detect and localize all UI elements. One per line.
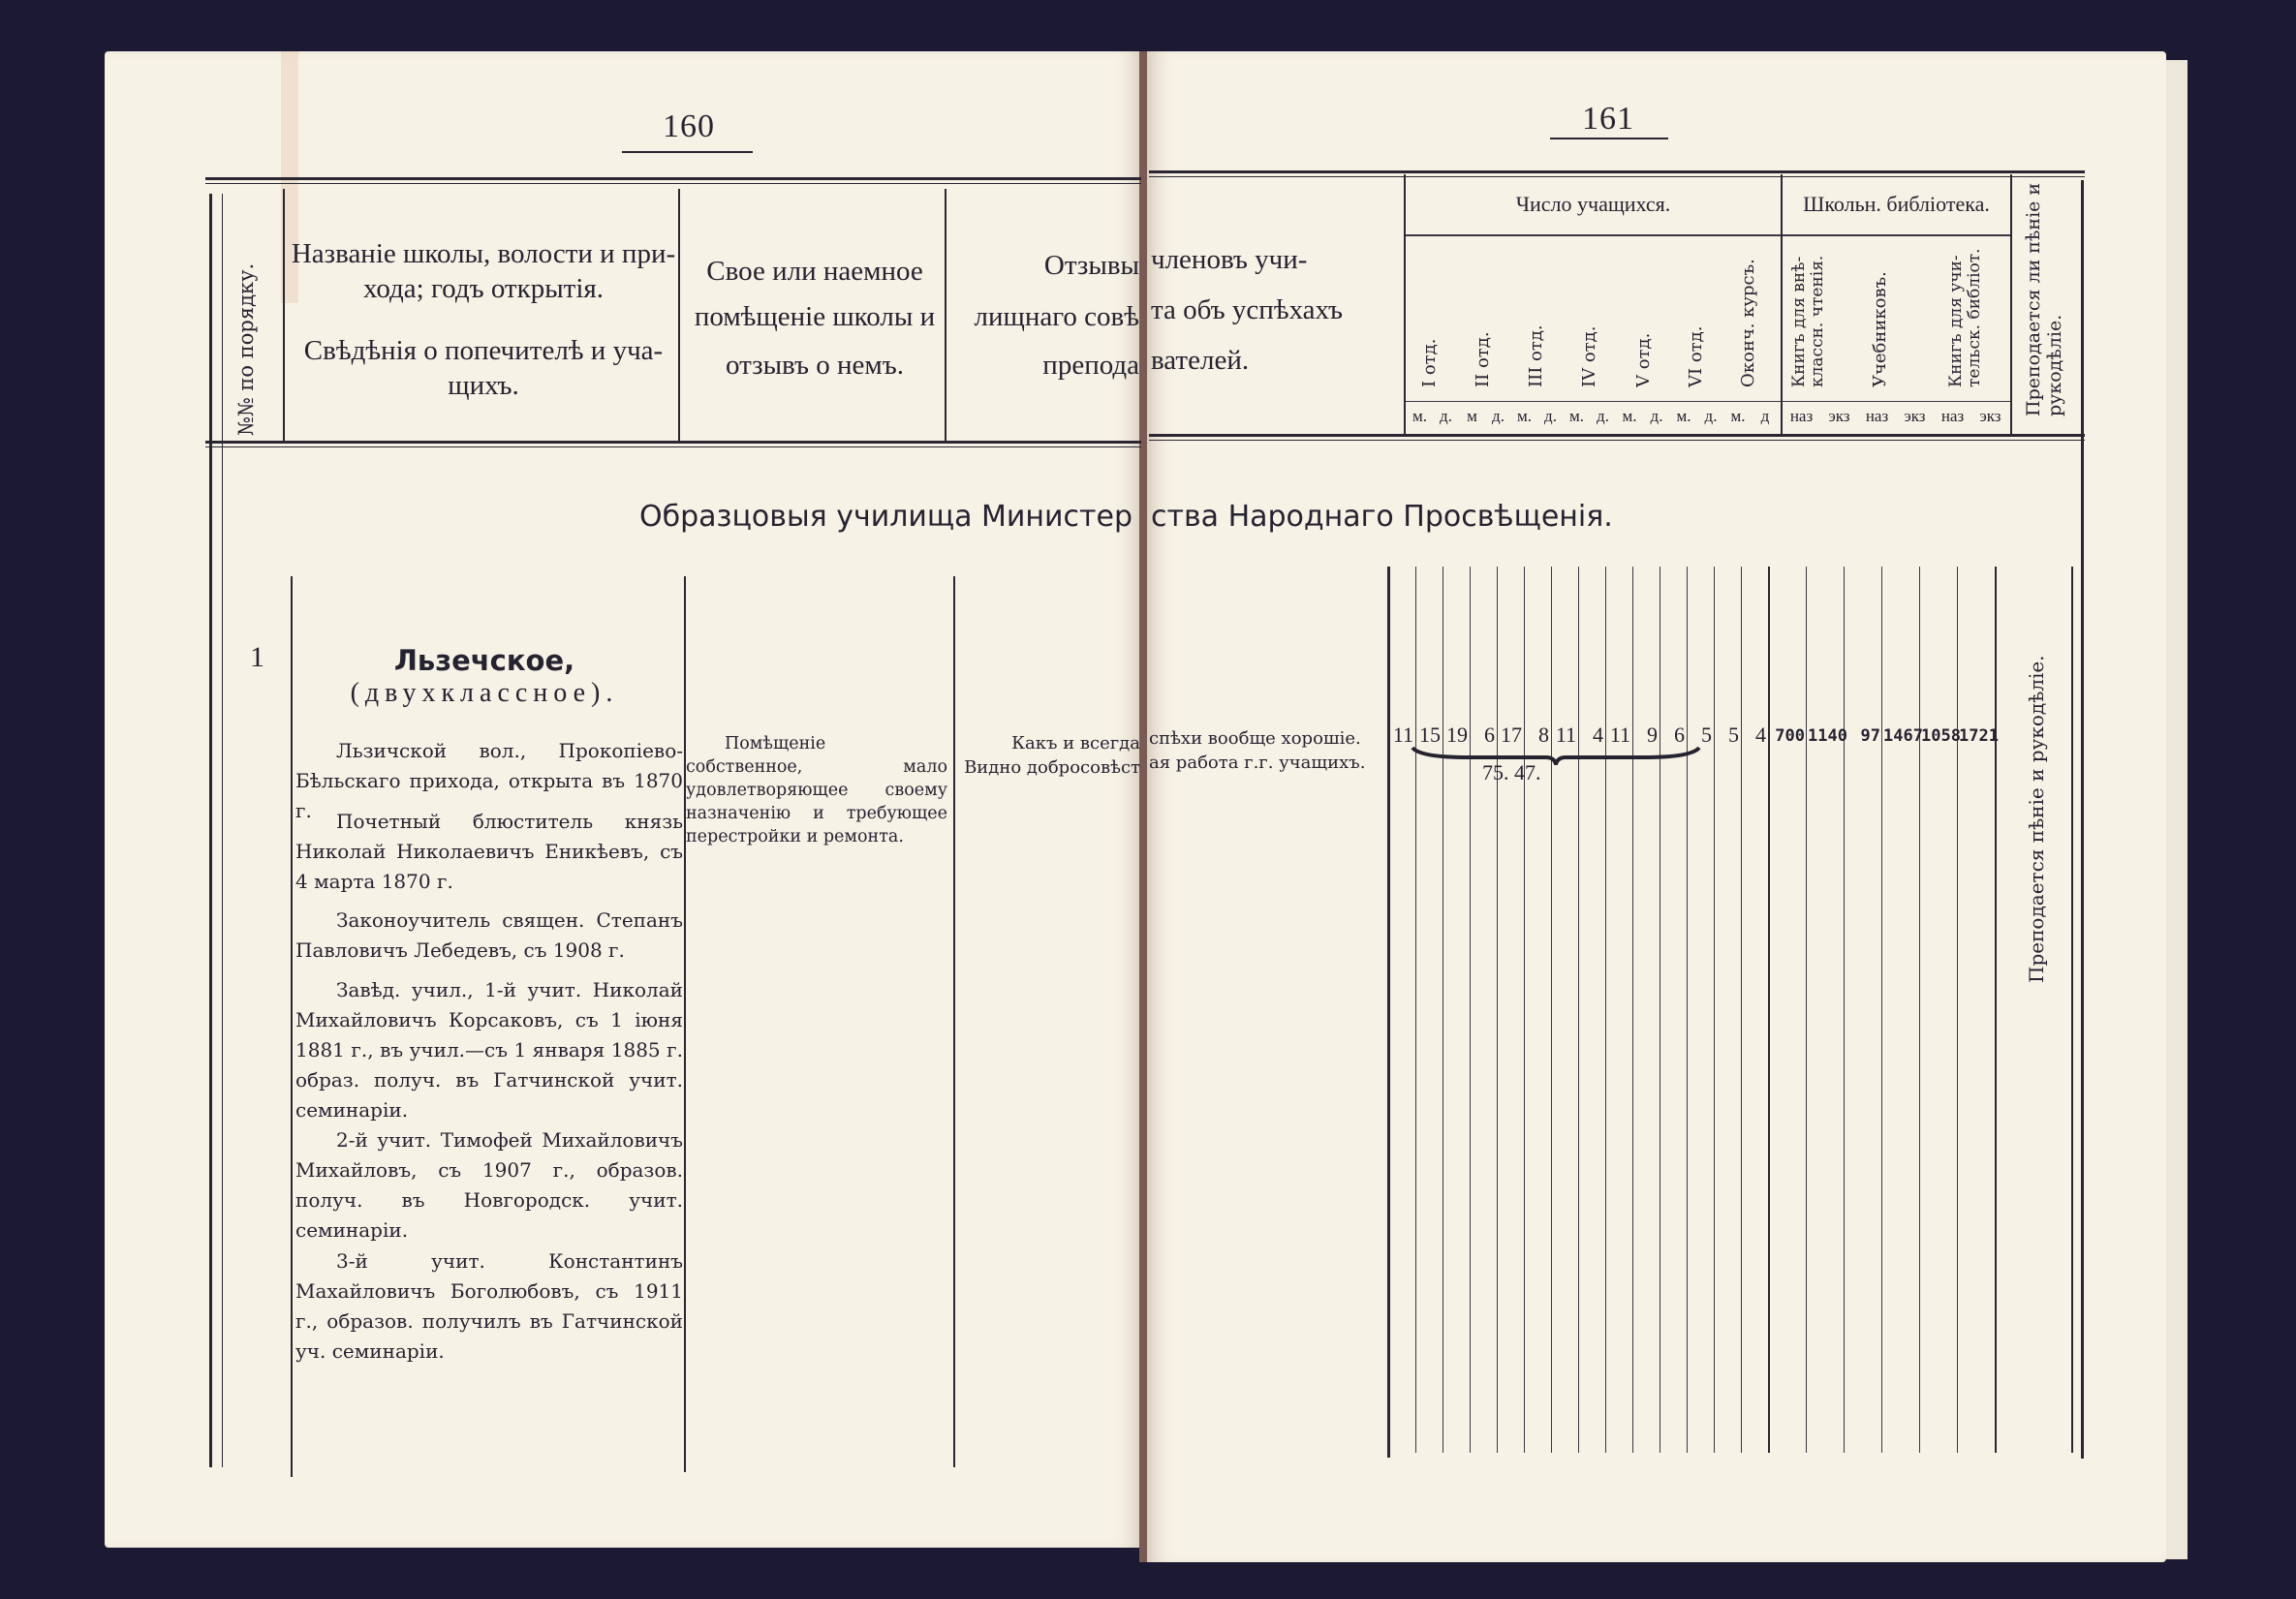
- col-rule-outer-left: [209, 194, 212, 1467]
- page-number-left: 160: [663, 108, 715, 145]
- data-rule: [1578, 567, 1579, 1453]
- sub-label: м.: [1564, 407, 1590, 426]
- data-rule-singing-right: [2071, 567, 2073, 1453]
- review-right-line1: спѣхи вообще хорошіе.: [1149, 726, 1381, 751]
- school-info-third-teacher: 3-й учит. Константинъ Махайловичъ Боголю…: [295, 1246, 683, 1367]
- header-number-column: №№ по порядку.: [234, 263, 258, 436]
- data-rule: [1844, 567, 1845, 1453]
- review-left-line2: Видно добросовѣст: [964, 755, 1140, 780]
- header-bottom-rule-right: [1149, 434, 2085, 437]
- students-grad-m: 5: [1718, 723, 1739, 748]
- page-number-rule-left: [622, 151, 753, 153]
- school-info-patron: Почетный блюститель князь Николай Никола…: [295, 807, 683, 897]
- review-left-line1: Какъ и всегда: [964, 731, 1140, 755]
- header-reviews-right-line2: та объ успѣхахъ: [1151, 289, 1383, 331]
- data-rule: [1881, 567, 1882, 1453]
- library-teachers-copies: 1721: [1959, 726, 1994, 746]
- header-library-col-2: Учебниковъ.: [1870, 271, 1890, 387]
- sub-label: м: [1459, 407, 1485, 426]
- sub-label: наз: [1783, 407, 1820, 426]
- data-rule-students-left: [1387, 567, 1390, 1458]
- total-brace-icon: [1411, 746, 1701, 765]
- sub-label: экз: [1896, 407, 1934, 426]
- students-2-m: 19: [1446, 723, 1468, 748]
- students-4-d: 4: [1582, 723, 1603, 748]
- header-reviews-left-line1: Отзывы: [1027, 244, 1139, 287]
- page-number-right: 161: [1582, 101, 1634, 138]
- sub-label: экз: [1971, 407, 2009, 426]
- col-rule-2-header: [678, 189, 680, 441]
- data-rule: [1605, 567, 1606, 1453]
- data-rule: [1443, 567, 1443, 1453]
- library-teachers-titles: 1058: [1921, 726, 1956, 746]
- sub-label: м.: [1724, 407, 1752, 426]
- sub-label: м.: [1670, 407, 1697, 426]
- data-rule: [1714, 567, 1715, 1453]
- premises-review: Помѣщеніе собственное, мало удовлетворяю…: [686, 732, 947, 848]
- data-rule: [1660, 567, 1660, 1453]
- sub-label: д.: [1485, 407, 1511, 426]
- page-number-rule-right: [1550, 138, 1668, 139]
- header-premises-line1: Свое или наемное: [684, 250, 946, 292]
- singing-handicraft-note: Преподается пѣніе и рукодѣліе.: [2025, 655, 2048, 983]
- students-5-m: 11: [1609, 723, 1630, 748]
- singing-left-rule-header: [2010, 174, 2012, 434]
- table-top-rule-right: [1149, 170, 2085, 173]
- col-rule-2: [684, 576, 686, 1472]
- school-info-religion-teacher: Законоучитель священ. Степанъ Павловичъ …: [295, 906, 683, 966]
- data-rule: [1957, 567, 1958, 1453]
- school-type: (двухклассное).: [291, 678, 678, 709]
- table-top-rule-thin: [205, 183, 1141, 184]
- sub-label: м.: [1616, 407, 1643, 426]
- students-4-m: 11: [1555, 723, 1576, 748]
- header-bottom-rule-right-thin: [1149, 440, 2085, 441]
- library-extracurricular-titles: 700: [1770, 726, 1805, 746]
- sub-label: д.: [1590, 407, 1616, 426]
- data-rule-singing-left: [1995, 567, 1997, 1453]
- students-1-m: 11: [1392, 723, 1413, 748]
- data-rule: [1687, 567, 1688, 1453]
- header-premises-line3: отзывъ о немъ.: [684, 344, 946, 386]
- data-rule: [1806, 567, 1807, 1453]
- header-singing-col: Преподается ли пѣніе и рукодѣліе.: [2023, 174, 2065, 416]
- data-rule: [1551, 567, 1552, 1453]
- header-library-col-3: Книгъ для учи- тельск. библіот.: [1947, 213, 1984, 387]
- section-title-left: Образцовыя училища Министер: [639, 500, 1132, 534]
- library-textbooks-titles: 97: [1846, 726, 1880, 746]
- sub-label: наз: [1934, 407, 1971, 426]
- library-textbooks-copies: 1467: [1883, 726, 1918, 746]
- header-bottom-rule: [205, 441, 1141, 444]
- students-grad-d: 4: [1745, 723, 1766, 748]
- school-info-head-teacher: Завѣд. учил., 1-й учит. Николай Михайлов…: [295, 975, 683, 1125]
- students-5-d: 9: [1636, 723, 1658, 748]
- students-1-d: 15: [1419, 723, 1441, 748]
- header-premises-line2: помѣщеніе школы и: [684, 295, 946, 338]
- header-school-line4: щихъ.: [289, 364, 678, 407]
- col-rule-1: [291, 576, 293, 1477]
- table-outer-right-rule: [2081, 180, 2084, 1459]
- subheader-rule: [1406, 401, 2010, 402]
- sub-label: д.: [1697, 407, 1724, 426]
- col-rule-3: [953, 576, 955, 1467]
- students-2-d: 6: [1474, 723, 1495, 748]
- col-rule-1-header: [283, 189, 285, 441]
- header-bottom-rule-thin: [205, 446, 1141, 447]
- data-rule: [1524, 567, 1525, 1453]
- header-students-group: Число учащихся.: [1406, 192, 1781, 217]
- table-top-rule-right-thin: [1149, 176, 2085, 177]
- header-reviews-right-line1: членовъ учи-: [1151, 238, 1383, 281]
- header-reviews-left-line2: лищнаго совѣ: [949, 295, 1139, 338]
- sub-label: д.: [1433, 407, 1459, 426]
- header-students-col-4: IV отд.: [1579, 326, 1599, 387]
- students-6-m: 6: [1663, 723, 1685, 748]
- header-students-col-3: III отд.: [1526, 324, 1546, 387]
- header-students-col-7: Оконч. курсъ.: [1738, 259, 1758, 387]
- header-students-col-5: V отд.: [1633, 333, 1654, 387]
- sub-label: м.: [1511, 407, 1537, 426]
- sub-label: д.: [1537, 407, 1564, 426]
- header-students-col-2: II отд.: [1473, 331, 1493, 387]
- students-6-d: 5: [1691, 723, 1712, 748]
- header-students-col-6: VI отд.: [1686, 326, 1706, 387]
- students-group-rule: [1406, 234, 1781, 236]
- sub-label: д: [1752, 407, 1779, 426]
- section-title-right: ства Народнаго Просвѣщенія.: [1151, 500, 1613, 534]
- book-spine: [1139, 51, 1147, 1562]
- school-name: Льзечское,: [291, 644, 678, 677]
- table-top-rule: [205, 177, 1141, 180]
- students-total: 75. 47.: [1482, 760, 1541, 785]
- data-rule: [1919, 567, 1920, 1453]
- review-right-line2: ая работа г.г. учащихъ.: [1149, 751, 1381, 775]
- library-extracurricular-copies: 1140: [1808, 726, 1843, 746]
- sub-label: наз: [1858, 407, 1896, 426]
- data-rule: [1741, 567, 1742, 1453]
- students-3-m: 17: [1501, 723, 1522, 748]
- header-library-col-1: Книгъ для внѣ- классн. чтенія.: [1790, 213, 1827, 387]
- page-edge: [2166, 60, 2187, 1559]
- students-3-d: 8: [1528, 723, 1549, 748]
- data-rule: [1470, 567, 1471, 1453]
- sub-label: м.: [1407, 407, 1433, 426]
- header-school-line2: хода; годъ открытія.: [289, 267, 678, 310]
- data-rule: [1497, 567, 1498, 1453]
- data-rule: [1632, 567, 1633, 1453]
- col-rule-outer-left-thin: [222, 194, 223, 1467]
- data-rule-library-left: [1768, 567, 1770, 1453]
- sub-label: д.: [1643, 407, 1670, 426]
- header-reviews-left-line3: препода: [1027, 344, 1139, 386]
- school-info-second-teacher: 2-й учит. Тимофей Михайловичъ Михайловъ,…: [295, 1125, 683, 1245]
- sub-label: экз: [1820, 407, 1858, 426]
- header-reviews-right-line3: вателей.: [1151, 339, 1383, 382]
- data-rule: [1415, 567, 1416, 1453]
- header-students-col-1: I отд.: [1419, 339, 1440, 387]
- row-number: 1: [250, 641, 264, 674]
